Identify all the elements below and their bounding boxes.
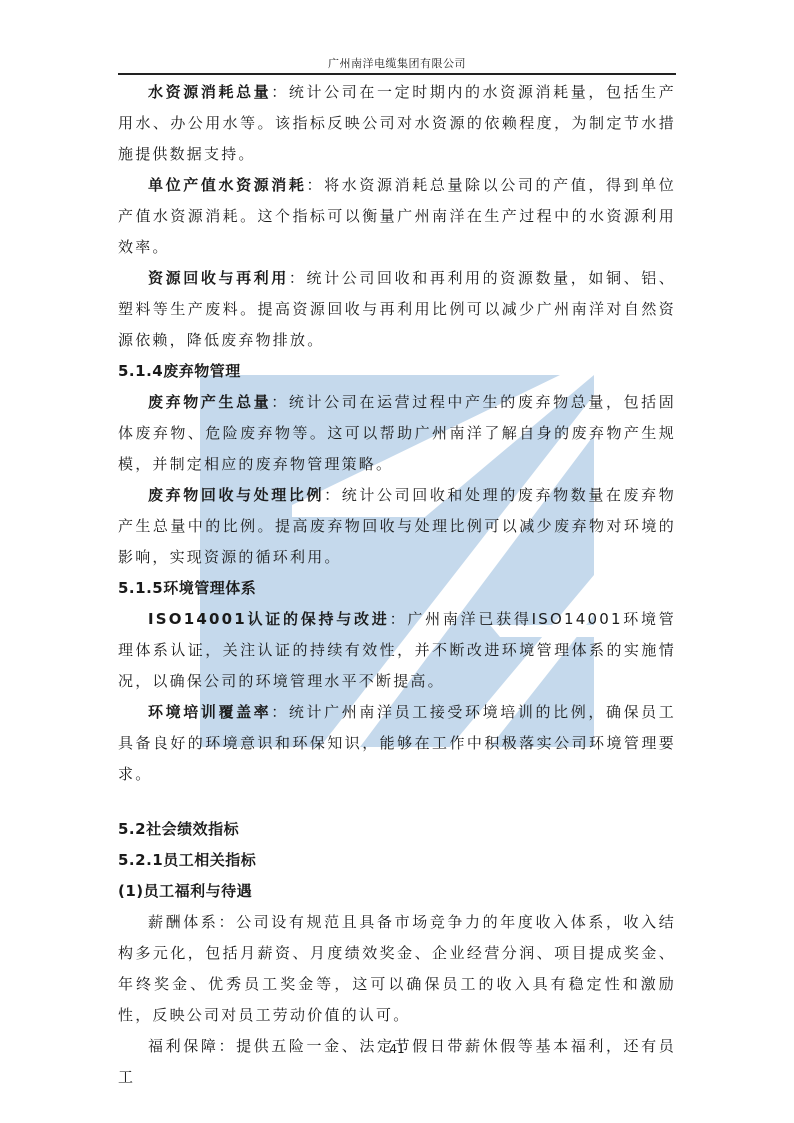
running-header: 广州南洋电缆集团有限公司 xyxy=(118,55,676,71)
paragraph-benefits: 福利保障：提供五险一金、法定节假日带薪休假等基本福利，还有员工 xyxy=(118,1031,676,1093)
heading-5-2: 5.2社会绩效指标 xyxy=(118,814,676,845)
heading-5-2-1: 5.2.1员工相关指标 xyxy=(118,845,676,876)
paragraph-waste-total: 废弃物产生总量：统计公司在运营过程中产生的废弃物总量，包括固体废弃物、危险废弃物… xyxy=(118,387,676,480)
paragraph-env-training: 环境培训覆盖率：统计广州南洋员工接受环境培训的比例，确保员工具备良好的环境意识和… xyxy=(118,697,676,790)
heading-employee-welfare: (1)员工福利与待遇 xyxy=(118,876,676,907)
paragraph-waste-recycling: 废弃物回收与处理比例：统计公司回收和处理的废弃物数量在废弃物产生总量中的比例。提… xyxy=(118,480,676,573)
heading-5-1-5: 5.1.5环境管理体系 xyxy=(118,573,676,604)
paragraph-water-per-output: 单位产值水资源消耗：将水资源消耗总量除以公司的产值，得到单位产值水资源消耗。这个… xyxy=(118,170,676,263)
header-rule xyxy=(118,73,676,75)
paragraph-iso14001: ISO14001认证的保持与改进：广州南洋已获得ISO14001环境管理体系认证… xyxy=(118,604,676,697)
heading-5-1-4: 5.1.4废弃物管理 xyxy=(118,356,676,387)
document-body: 水资源消耗总量：统计公司在一定时期内的水资源消耗量，包括生产用水、办公用水等。该… xyxy=(118,77,676,1093)
term: 废弃物回收与处理比例 xyxy=(148,486,324,504)
paragraph-compensation: 薪酬体系：公司设有规范且具备市场竞争力的年度收入体系，收入结构多元化，包括月薪资… xyxy=(118,907,676,1031)
term: 水资源消耗总量 xyxy=(148,83,271,101)
term: 单位产值水资源消耗 xyxy=(148,176,307,194)
term: 环境培训覆盖率 xyxy=(148,703,271,721)
paragraph-resource-recycling: 资源回收与再利用：统计公司回收和再利用的资源数量，如铜、铝、塑料等生产废料。提高… xyxy=(118,263,676,356)
paragraph-water-consumption: 水资源消耗总量：统计公司在一定时期内的水资源消耗量，包括生产用水、办公用水等。该… xyxy=(118,77,676,170)
term: ISO14001认证的保持与改进 xyxy=(148,610,390,628)
term: 资源回收与再利用 xyxy=(148,269,289,287)
spacer xyxy=(118,790,676,814)
term: 废弃物产生总量 xyxy=(148,393,271,411)
